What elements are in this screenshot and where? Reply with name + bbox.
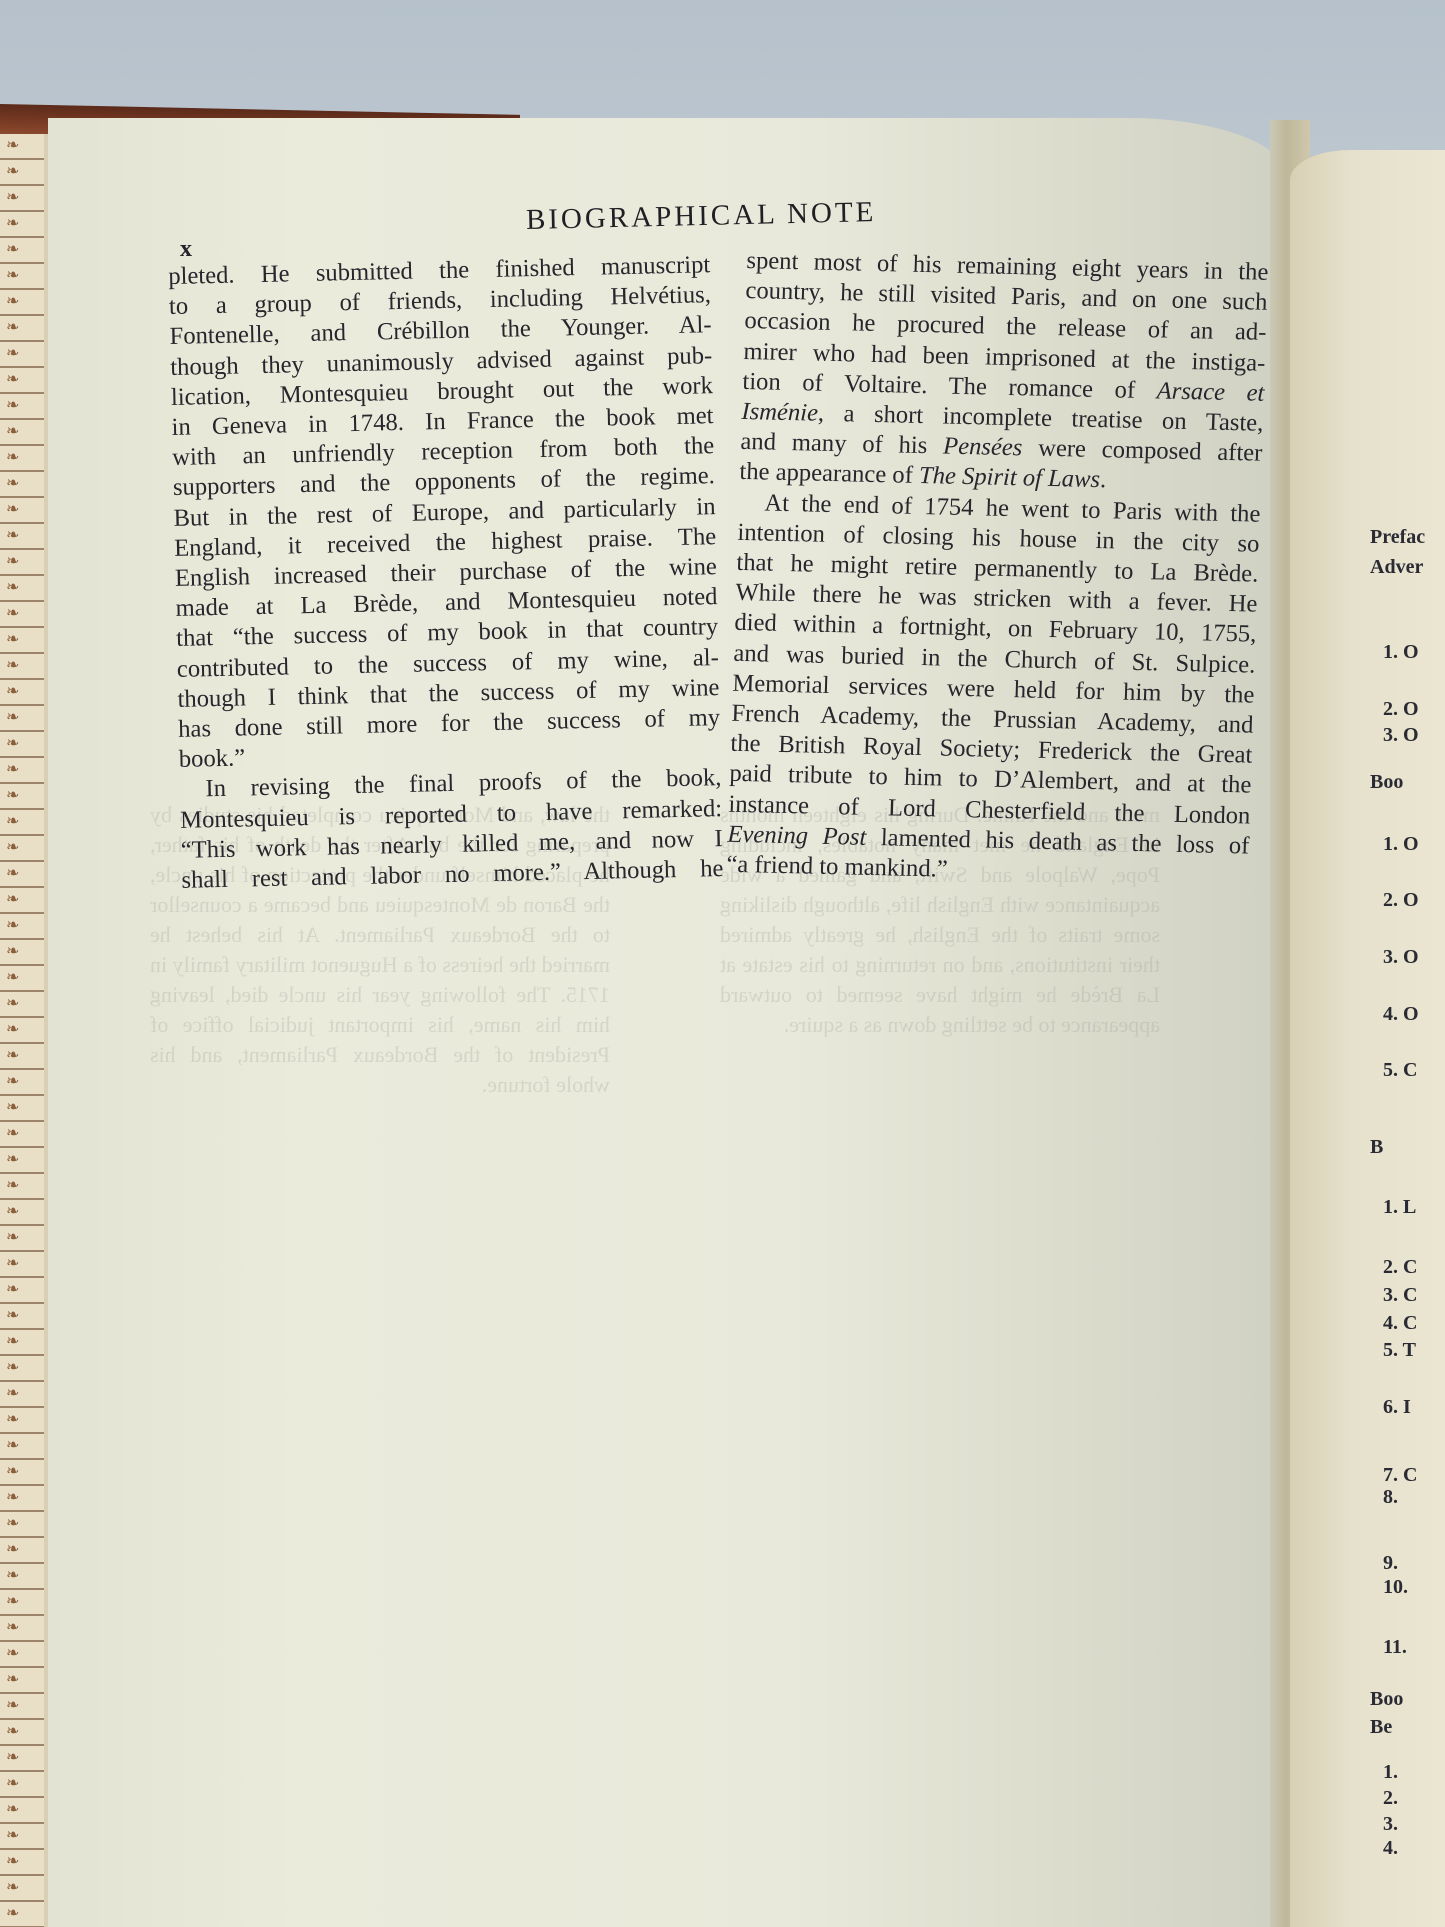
leaf-ornament-icon: ❧ (6, 1154, 36, 1166)
leaf-ornament-icon: ❧ (6, 530, 36, 542)
leaf-ornament-icon: ❧ (6, 1492, 36, 1504)
leaf-ornament-icon: ❧ (6, 400, 36, 412)
leaf-ornament-icon: ❧ (6, 660, 36, 672)
leaf-ornament-icon: ❧ (6, 868, 36, 880)
leaf-ornament-icon: ❧ (6, 1856, 36, 1868)
leaf-ornament-icon: ❧ (6, 1362, 36, 1374)
leaf-ornament-icon: ❧ (6, 1180, 36, 1192)
right-text-column: spent most of his remaining eight years … (726, 246, 1269, 892)
toc-entry: 6. I (1383, 1396, 1411, 1419)
leaf-ornament-icon: ❧ (6, 1570, 36, 1582)
leaf-ornament-icon: ❧ (6, 946, 36, 958)
leaf-ornament-icon: ❧ (6, 1466, 36, 1478)
toc-entry: 3. O (1383, 946, 1419, 969)
leaf-ornament-icon: ❧ (6, 1648, 36, 1660)
leaf-ornament-icon: ❧ (6, 1596, 36, 1608)
leaf-ornament-icon: ❧ (6, 1778, 36, 1790)
leaf-ornament-icon: ❧ (6, 1622, 36, 1634)
leaf-ornament-icon: ❧ (6, 322, 36, 334)
toc-entry: 10. (1383, 1576, 1408, 1599)
italic-title: Arsace et (1156, 377, 1265, 406)
leaf-ornament-icon: ❧ (6, 374, 36, 386)
toc-entry: 2. (1383, 1787, 1398, 1810)
leaf-ornament-icon: ❧ (6, 478, 36, 490)
leaf-ornament-icon: ❧ (6, 504, 36, 516)
right-page (1290, 150, 1445, 1927)
leaf-ornament-icon: ❧ (6, 1232, 36, 1244)
leaf-ornament-icon: ❧ (6, 1128, 36, 1140)
leaf-ornament-icon: ❧ (6, 1024, 36, 1036)
leaf-ornament-icon: ❧ (6, 608, 36, 620)
toc-entry: 3. (1383, 1813, 1398, 1836)
leaf-ornament-icon: ❧ (6, 1102, 36, 1114)
page-number: x (180, 236, 192, 263)
leaf-ornament-icon: ❧ (6, 1076, 36, 1088)
toc-entry: 2. O (1383, 889, 1419, 912)
italic-title: Isménie (741, 398, 818, 427)
leaf-ornament-icon: ❧ (6, 140, 36, 152)
toc-entry: 1. O (1383, 833, 1419, 856)
leaf-ornament-icon: ❧ (6, 634, 36, 646)
leaf-ornament-icon: ❧ (6, 1336, 36, 1348)
leaf-ornament-icon: ❧ (6, 842, 36, 854)
leaf-ornament-icon: ❧ (6, 1050, 36, 1062)
leaf-ornament-icon: ❧ (6, 972, 36, 984)
leaf-ornament-icon: ❧ (6, 1206, 36, 1218)
italic-title: Evening Post (727, 821, 867, 851)
leaf-ornament-icon: ❧ (6, 686, 36, 698)
leaf-ornament-icon: ❧ (6, 426, 36, 438)
leaf-ornament-icon: ❧ (6, 790, 36, 802)
text-run: . (1100, 466, 1107, 493)
leaf-ornament-icon: ❧ (6, 166, 36, 178)
decorative-page-edge: ❧❧❧❧❧❧❧❧❧❧❧❧❧❧❧❧❧❧❧❧❧❧❧❧❧❧❧❧❧❧❧❧❧❧❧❧❧❧❧❧… (0, 134, 48, 1927)
toc-entry: 1. O (1383, 641, 1419, 664)
toc-entry: 4. C (1383, 1312, 1417, 1335)
leaf-ornament-icon: ❧ (6, 1310, 36, 1322)
leaf-ornament-icon: ❧ (6, 296, 36, 308)
leaf-ornament-icon: ❧ (6, 1284, 36, 1296)
leaf-ornament-icon: ❧ (6, 998, 36, 1010)
leaf-ornament-icon: ❧ (6, 1700, 36, 1712)
toc-entry: Boo (1370, 771, 1403, 794)
leaf-ornament-icon: ❧ (6, 816, 36, 828)
leaf-ornament-icon: ❧ (6, 582, 36, 594)
leaf-ornament-icon: ❧ (6, 348, 36, 360)
toc-entry: 11. (1383, 1636, 1407, 1659)
toc-entry: 5. C (1383, 1059, 1417, 1082)
toc-entry: Prefac (1370, 526, 1425, 549)
leaf-ornament-icon: ❧ (6, 1804, 36, 1816)
toc-entry: Be (1370, 1716, 1392, 1739)
leaf-ornament-icon: ❧ (6, 192, 36, 204)
leaf-ornament-icon: ❧ (6, 1544, 36, 1556)
leaf-ornament-icon: ❧ (6, 1908, 36, 1920)
leaf-ornament-icon: ❧ (6, 1752, 36, 1764)
leaf-ornament-icon: ❧ (6, 1258, 36, 1270)
leaf-ornament-icon: ❧ (6, 1726, 36, 1738)
toc-entry: 2. C (1383, 1256, 1417, 1279)
toc-entry: 3. O (1383, 724, 1419, 747)
text-run: the appearance of (739, 458, 919, 489)
leaf-ornament-icon: ❧ (6, 1388, 36, 1400)
leaf-ornament-icon: ❧ (6, 1674, 36, 1686)
toc-entry: 5. T (1383, 1339, 1416, 1362)
leaf-ornament-icon: ❧ (6, 218, 36, 230)
leaf-ornament-icon: ❧ (6, 1414, 36, 1426)
italic-title: Pensées (943, 433, 1023, 462)
leaf-ornament-icon: ❧ (6, 712, 36, 724)
leaf-ornament-icon: ❧ (6, 738, 36, 750)
toc-entry: 7. C (1383, 1464, 1417, 1487)
toc-entry: 9. (1383, 1552, 1398, 1575)
leaf-ornament-icon: ❧ (6, 1882, 36, 1894)
leaf-ornament-icon: ❧ (6, 764, 36, 776)
toc-entry: 8. (1383, 1486, 1398, 1509)
leaf-ornament-icon: ❧ (6, 1830, 36, 1842)
toc-entry: B (1370, 1136, 1383, 1159)
italic-title: The Spirit of Laws (919, 462, 1101, 493)
leaf-ornament-icon: ❧ (6, 1440, 36, 1452)
left-text-column: pleted. He submitted the finished manusc… (168, 250, 724, 896)
leaf-ornament-icon: ❧ (6, 270, 36, 282)
toc-entry: Adver (1370, 556, 1423, 579)
leaf-ornament-icon: ❧ (6, 244, 36, 256)
toc-entry: 2. O (1383, 698, 1419, 721)
leaf-ornament-icon: ❧ (6, 556, 36, 568)
toc-entry: 4. O (1383, 1003, 1419, 1026)
text-run: were composed after (1022, 435, 1263, 467)
leaf-ornament-icon: ❧ (6, 1518, 36, 1530)
text-run: and many of his (740, 428, 944, 460)
toc-entry: 1. L (1383, 1196, 1416, 1219)
toc-entry: 1. (1383, 1761, 1398, 1784)
leaf-ornament-icon: ❧ (6, 894, 36, 906)
toc-entry: Boo (1370, 1688, 1403, 1711)
toc-entry: 4. (1383, 1837, 1398, 1860)
toc-entry: 3. C (1383, 1284, 1417, 1307)
leaf-ornament-icon: ❧ (6, 920, 36, 932)
leaf-ornament-icon: ❧ (6, 452, 36, 464)
